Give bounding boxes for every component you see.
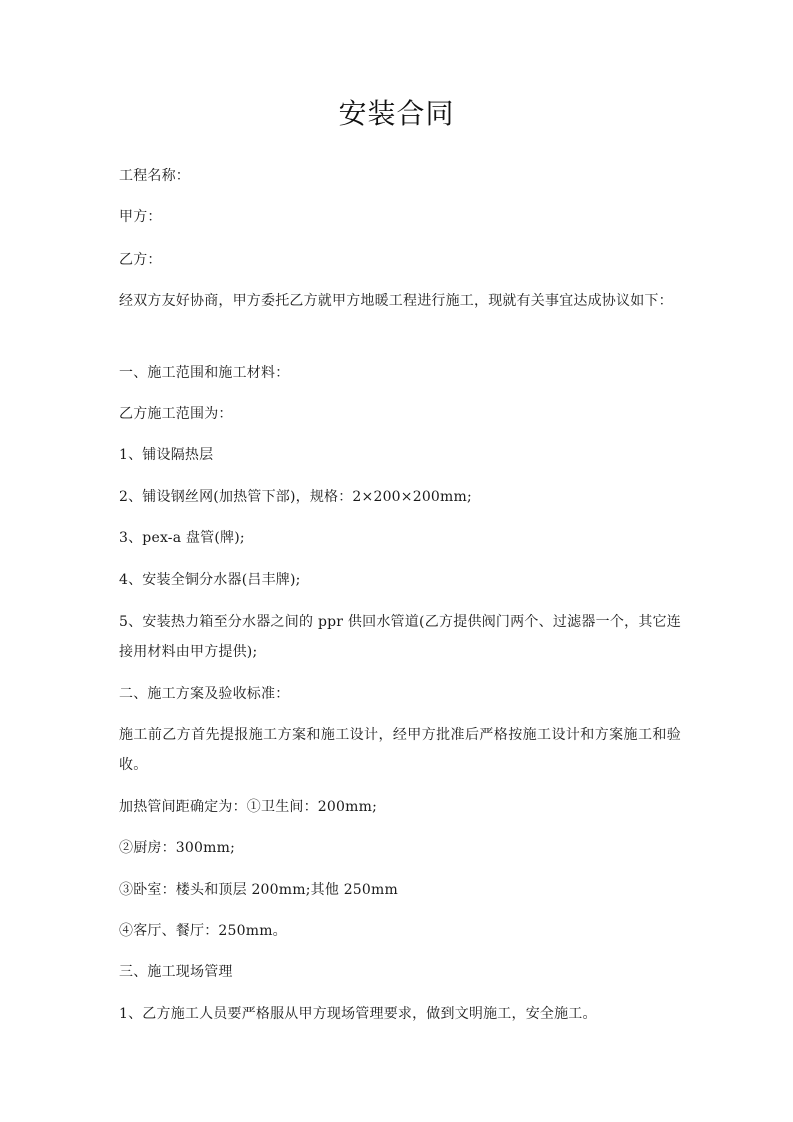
intro-paragraph: 经双方友好协商，甲方委托乙方就甲方地暖工程进行施工，现就有关事宜达成协议如下： (119, 286, 681, 316)
scope-item-1: 1、铺设隔热层 (119, 440, 679, 470)
party-a-field: 甲方： (119, 202, 679, 232)
scope-item-5: 5、安装热力箱至分水器之间的 ppr 供回水管道(乙方提供阀门两个、过滤器一个，… (119, 607, 681, 667)
section2-paragraph: 施工前乙方首先提报施工方案和施工设计，经甲方批准后严格按施工设计和方案施工和验收… (119, 720, 681, 780)
section3-heading: 三、施工现场管理 (119, 957, 679, 987)
spacing-item-3: ③卧室：楼头和顶层 200mm;其他 250mm (119, 875, 679, 905)
scope-item-2: 2、铺设钢丝网(加热管下部)，规格：2×200×200mm; (119, 482, 679, 512)
section2-heading: 二、施工方案及验收标准： (119, 679, 679, 709)
spacing-item-4: ④客厅、餐厅：250mm。 (119, 916, 679, 946)
scope-item-3: 3、pex-a 盘管(牌); (119, 523, 679, 553)
document-title: 安装合同 (0, 94, 793, 134)
project-name-field: 工程名称： (119, 161, 679, 191)
scope-label: 乙方施工范围为： (119, 399, 679, 429)
section1-heading: 一、施工范围和施工材料： (119, 358, 679, 388)
scope-item-4: 4、安装全铜分水器(吕丰牌); (119, 565, 679, 595)
spacing-item-2: ②厨房：300mm; (119, 833, 679, 863)
document-page: 安装合同 工程名称： 甲方： 乙方： 经双方友好协商，甲方委托乙方就甲方地暖工程… (0, 0, 793, 1122)
site-management-item-1: 1、乙方施工人员要严格服从甲方现场管理要求，做到文明施工，安全施工。 (119, 999, 679, 1029)
party-b-field: 乙方： (119, 245, 679, 275)
spacing-item-1: 加热管间距确定为：①卫生间：200mm; (119, 792, 679, 822)
